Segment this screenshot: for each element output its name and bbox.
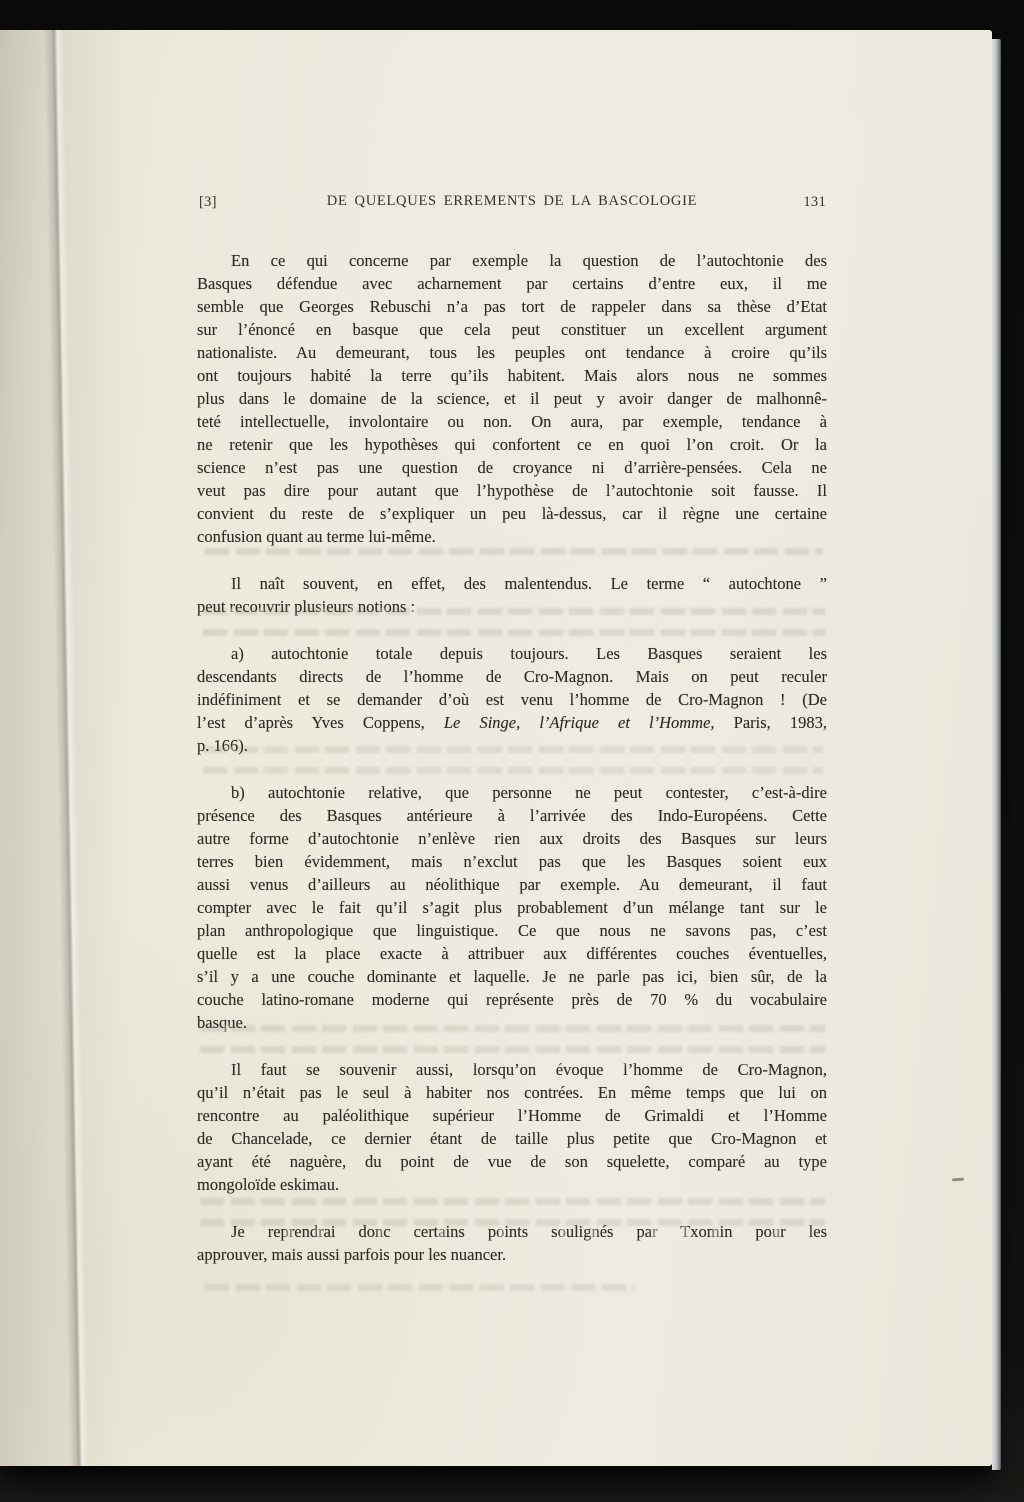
text-line: Je reprendrai donc certains points souli…: [197, 1220, 827, 1243]
text-line: mongoloïde eskimau.: [197, 1173, 827, 1196]
text-line: quelle est la place exacte à attribuer a…: [197, 942, 827, 965]
text-line: indéfiniment et se demander d’où est ven…: [197, 688, 827, 711]
text-line: ont toujours habité la terre qu’ils habi…: [197, 364, 827, 387]
text-line: ayant été naguère, du point de vue de so…: [197, 1150, 827, 1173]
paragraph: Il faut se souvenir aussi, lorsqu’on évo…: [197, 1058, 827, 1196]
text-line: compter avec le fait qu’il s’agit plus p…: [197, 896, 827, 919]
text-line: descendants directs de l’homme de Cro-Ma…: [197, 665, 827, 688]
text-line: rencontre au paléolithique supérieur l’H…: [197, 1104, 827, 1127]
text-line: aussi venus d’ailleurs au néolithique pa…: [197, 873, 827, 896]
text-line: semble que Georges Rebuschi n’a pas tort…: [197, 295, 827, 318]
text-line: science n’est pas une question de croyan…: [197, 456, 827, 479]
text-line: nationaliste. Au demeurant, tous les peu…: [197, 341, 827, 364]
text-line: ne retenir que les hypothèses qui confor…: [197, 433, 827, 456]
text-block: En ce qui concerne par exemple la questi…: [197, 249, 827, 1290]
text-line: confusion quant au terme lui-même.: [197, 525, 827, 548]
text-line: Il faut se souvenir aussi, lorsqu’on évo…: [197, 1058, 827, 1081]
book-page: [3] DE QUELQUES ERREMENTS DE LA BASCOLOG…: [0, 30, 992, 1466]
paragraph: b) autochtonie relative, que personne ne…: [197, 781, 827, 1034]
paragraph: a) autochtonie totale depuis toujours. L…: [197, 642, 827, 757]
text-line: En ce qui concerne par exemple la questi…: [197, 249, 827, 272]
paragraph: Je reprendrai donc certains points souli…: [197, 1220, 827, 1266]
text-line: l’est d’après Yves Coppens, Le Singe, l’…: [197, 711, 827, 734]
page-number: 131: [803, 194, 826, 211]
text-line: de Chancelade, ce dernier étant de taill…: [197, 1127, 827, 1150]
book-title-italic: Le Singe, l’Afrique et l’Homme,: [444, 713, 715, 732]
text-line: Il naît souvent, en effet, des malentend…: [197, 572, 827, 595]
text-line: terres bien évidemment, mais n’exclut pa…: [197, 850, 827, 873]
text-line: autre forme d’autochtonie n’enlève rien …: [197, 827, 827, 850]
text-line: convient du reste de s’expliquer un peu …: [197, 502, 827, 525]
text-line: a) autochtonie totale depuis toujours. L…: [197, 642, 827, 665]
gutter-crease: [44, 30, 89, 1466]
text-line: peut recouvrir plusieurs notions :: [197, 595, 827, 618]
text-line: sur l’énoncé en basque que cela peut con…: [197, 318, 827, 341]
text-line: veut pas dire pour autant que l’hypothès…: [197, 479, 827, 502]
paragraph: En ce qui concerne par exemple la questi…: [197, 249, 827, 548]
page-gutter-shadow: [0, 30, 130, 1466]
text-line: plan anthropologique que linguistique. C…: [197, 919, 827, 942]
text-line: teté intellectuelle, involontaire ou non…: [197, 410, 827, 433]
scan-background: { "document": { "language": "fr", "heade…: [0, 0, 1024, 1502]
text-line: plus dans le domaine de la science, et i…: [197, 387, 827, 410]
text-segment: Paris, 1983,: [715, 713, 827, 732]
page-header: [3] DE QUELQUES ERREMENTS DE LA BASCOLOG…: [197, 193, 827, 215]
text-line: basque.: [197, 1011, 827, 1034]
text-line: couche latino-romane moderne qui représe…: [197, 988, 827, 1011]
paragraph: Il naît souvent, en effet, des malentend…: [197, 572, 827, 618]
text-line: présence des Basques antérieure à l’arri…: [197, 804, 827, 827]
text-line: qu’il n’était pas le seul à habiter nos …: [197, 1081, 827, 1104]
running-title: DE QUELQUES ERREMENTS DE LA BASCOLOGIE: [197, 193, 827, 210]
text-line: b) autochtonie relative, que personne ne…: [197, 781, 827, 804]
text-line: Basques défendue avec acharnement par ce…: [197, 272, 827, 295]
scan-speck: [952, 1178, 964, 1182]
page-stack-edge: [992, 39, 1001, 1470]
text-line: s’il y a une couche dominante et laquell…: [197, 965, 827, 988]
text-line: approuver, mais aussi parfois pour les n…: [197, 1243, 827, 1266]
text-segment: l’est d’après Yves Coppens,: [197, 713, 444, 732]
text-line: p. 166).: [197, 734, 827, 757]
